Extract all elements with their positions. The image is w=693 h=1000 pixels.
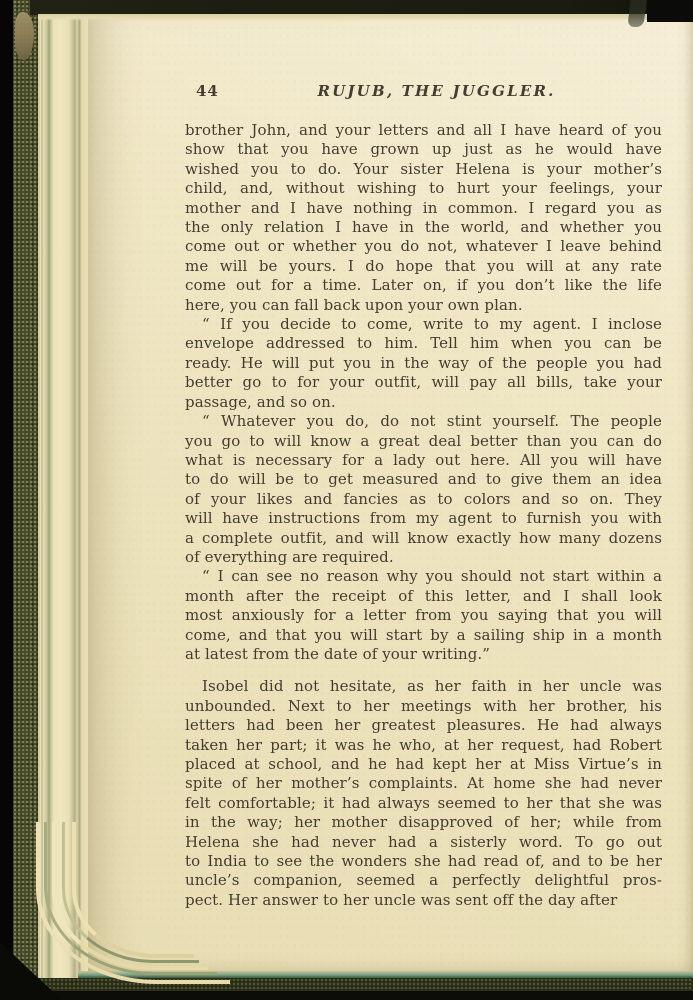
text-line: passage, and so on. <box>185 393 662 412</box>
text-line: come out or whether you do not, whatever… <box>185 237 662 256</box>
text-line: unbounded. Next to her meetings with her… <box>185 697 662 716</box>
page-text: brother John, and your letters and all I… <box>185 121 662 910</box>
text-line: “ Whatever you do, do not stint yourself… <box>185 412 662 431</box>
text-line: child, and, without wishing to hurt your… <box>185 179 662 198</box>
text-line: pect. Her answer to her uncle was sent o… <box>185 891 662 910</box>
text-line: most anxiously for a letter from you say… <box>185 606 662 625</box>
page-number: 44 <box>196 82 219 100</box>
paragraph: “ I can see no reason why you should not… <box>185 567 662 664</box>
text-line: come, and that you will start by a saili… <box>185 626 662 645</box>
text-line: Helena she had never had a sisterly word… <box>185 833 662 852</box>
fanned-page-edges <box>30 852 245 984</box>
running-head: 44 RUJUB, THE JUGGLER. <box>185 82 662 102</box>
text-line: “ If you decide to come, write to my age… <box>185 315 662 334</box>
text-line: Isobel did not hesitate, as her faith in… <box>185 677 662 696</box>
paragraph: brother John, and your letters and all I… <box>185 121 662 315</box>
text-line: month after the receipt of this letter, … <box>185 587 662 606</box>
book-scan: 44 RUJUB, THE JUGGLER. brother John, and… <box>0 0 693 1000</box>
paragraph: Isobel did not hesitate, as her faith in… <box>185 677 662 910</box>
text-line: at latest from the date of your writing.… <box>185 645 662 664</box>
text-line: placed at school, and he had kept her at… <box>185 755 662 774</box>
text-line: better go to for your outfit, will pay a… <box>185 373 662 392</box>
text-line: of your likes and fancies as to colors a… <box>185 490 662 509</box>
text-line: uncle’s companion, seemed a perfectly de… <box>185 871 662 890</box>
text-line: mother and I have nothing in common. I r… <box>185 199 662 218</box>
text-line: spite of her mother’s complaints. At hom… <box>185 774 662 793</box>
text-line: you go to will know a great deal better … <box>185 432 662 451</box>
text-line: come out for a time. Later on, if you do… <box>185 276 662 295</box>
text-line: “ I can see no reason why you should not… <box>185 567 662 586</box>
text-line: felt comfortable; it had always seemed t… <box>185 794 662 813</box>
text-line: in the way; her mother disapproved of he… <box>185 813 662 832</box>
paragraph: “ Whatever you do, do not stint yourself… <box>185 412 662 567</box>
text-line: to do will be to get measured and to giv… <box>185 470 662 489</box>
text-line: brother John, and your letters and all I… <box>185 121 662 140</box>
text-line: taken her part; it was he who, at her re… <box>185 736 662 755</box>
text-line: me will be yours. I do hope that you wil… <box>185 257 662 276</box>
text-line: what is necessary for a lady out here. A… <box>185 451 662 470</box>
text-line: envelope addressed to him. Tell him when… <box>185 334 662 353</box>
running-title: RUJUB, THE JUGGLER. <box>185 82 662 100</box>
text-line: the only relation I have in the world, a… <box>185 218 662 237</box>
top-right-corner-shadow <box>647 0 693 22</box>
book-top-edge <box>30 0 693 15</box>
page-top-edge-highlight <box>38 14 693 21</box>
text-line: wished you to do. Your sister Helena is … <box>185 160 662 179</box>
book-cover-cloth-edge <box>13 0 38 1000</box>
text-line: ready. He will put you in the way of the… <box>185 354 662 373</box>
text-line: of everything are required. <box>185 548 662 567</box>
text-line: here, you can fall back upon your own pl… <box>185 296 662 315</box>
paragraph: “ If you decide to come, write to my age… <box>185 315 662 412</box>
text-line: show that you have grown up just as he w… <box>185 140 662 159</box>
text-line: a complete outfit, and will know exactly… <box>185 529 662 548</box>
text-line: letters had been her greatest pleasures.… <box>185 716 662 735</box>
text-line: will have instructions from my agent to … <box>185 509 662 528</box>
printed-content: 44 RUJUB, THE JUGGLER. brother John, and… <box>185 82 662 910</box>
text-line: to India to see the wonders she had read… <box>185 852 662 871</box>
